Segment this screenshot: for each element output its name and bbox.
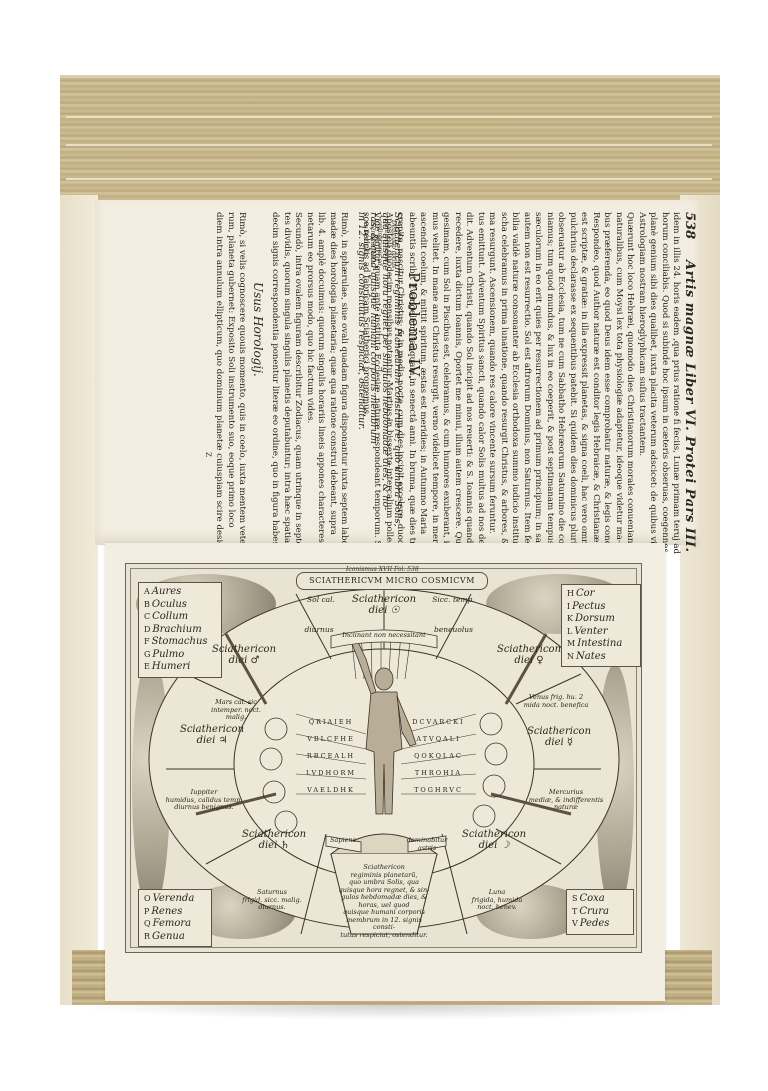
legend-item: CCollum [144,611,216,624]
central-caption: Sciathericonregiminis planetarũ,quo umbr… [338,864,430,939]
letter-row: LVDHORM [296,765,366,782]
venus-symbol-icon: ♀ [536,655,543,666]
text-line: netarum eo prorsus modo, quo hic factum … [304,212,316,542]
usus-heading: Usus Horologij. [252,282,264,542]
text-line: Astrologiam nostram hieroglyphicam suſiu… [636,212,648,542]
text-line: sæculorum in eo erit quies per resurrect… [532,212,544,542]
top-page-edges [60,75,720,208]
note-jupiter: Iuppiterhumidus, calidus temp.diurnus be… [164,789,244,812]
text-page: 538 Artis magnæ Liber VI. Protei Pars II… [95,200,700,545]
legend-item: KDorsum [567,613,635,626]
text-line: planè genium sibi dies qualibet, iuxta p… [647,212,659,542]
legend-bottom-right: SCoxaTCruraVPedes [566,889,634,935]
text-line: ras, & quod quisque humani corporis memb… [368,212,380,542]
text-line: gesimam, cum Sol in Piscibus est, celebr… [440,212,452,542]
dial-sun: Sciathericondiei ☉ [346,594,422,616]
text-line: Secundò, intra ovalem figuram describitu… [292,212,304,542]
text-line: ma resurgunt. Ascensionem, quando res ca… [486,212,498,542]
text-line: recedere, iuxta dictum Ioannis, Oportet … [452,212,464,542]
legend-item: LVenter [567,626,635,639]
note-sol: Sol cal. [296,596,346,605]
legend-item: SCoxa [572,893,628,906]
mercury-symbol-icon: ☿ [567,737,573,748]
text-line: niamus; tum quod mundus, & lux in eo coe… [544,212,556,542]
legend-top-right: HCorIPectusKDorsumLVenterMIntestinaNNate… [561,584,641,667]
text-line: bus præferenda, eo quod Deus idem esse c… [601,212,613,542]
text-line: decim signis correspondentia ponentur li… [269,212,281,542]
moon-symbol-icon: ☽ [500,840,509,851]
note-venus: Venus frig. hu. 2mida noct. benefica [521,694,591,709]
paragraph-1: Rimò, in sphærulae, siue ovali quadam fi… [269,212,350,542]
note-sicc: Sicc. temp. [426,596,481,605]
text-line: madæ dies horologia planetaria; quæ qua … [327,212,339,542]
page-header: 538 Artis magnæ Liber VI. Protei Pars II… [682,212,696,542]
letter-row: VAELDHK [296,782,366,799]
note-luna: Lunafrigida, humidanoct. benev. [461,889,533,912]
legend-bottom-left: OVerendaPRenesQFemoraRGenua [138,889,212,947]
text-line: lib. 4. amplè docuimus: quorum singulis … [315,212,327,542]
problema-subtitle: Sciathericum regiminis Planetarum constr… [356,212,404,542]
text-line: Respondeo, quod Author naturæ est condit… [590,212,602,542]
text-line: pulchrius declarasse ex sequentibus pate… [567,212,579,542]
text-line: diem intra annulum ellipticum, quo domin… [213,212,225,542]
legend-item: DBrachium [144,624,216,637]
dial-mars: Sciathericondiei ♂ [206,644,282,666]
legend-item: HCor [567,588,635,601]
vellum-binding-left [60,195,98,1005]
dial-mercury: Sciathericondiei ☿ [521,726,597,748]
plate-title: SCIATHERICVM MICRO COSMICVM [296,572,488,590]
text-line: est scriptæ, & gratiæ: in illa expressit… [578,212,590,542]
running-head: Artis magnæ Liber VI. Protei Pars III. [682,260,697,552]
legend-item: MIntestina [567,638,635,651]
legend-item: PRenes [144,906,206,919]
dial-saturn: Sciathericondiei ♄ [236,829,312,851]
letter-row: ATVQALI [401,731,476,748]
letter-row: THROHIA [401,765,476,782]
paragraph-2: Rimò, si velis cognoscere quouis momento… [213,212,248,542]
legend-item: TCrura [572,906,628,919]
left-text-column: Problema IV. Sciathericum regiminis Plan… [202,212,426,542]
dial-moon: Sciathericondiei ☽ [456,829,532,851]
text-line: qua quisque hora regnet per singulos heb… [380,212,392,542]
text-line: tutus respiciat, ostenditur. [338,932,430,940]
text-line: tes dividis, quorum singula singulis pla… [281,212,293,542]
text-line: obseruatur ab Ecclesia, tum ne cum Sabba… [555,212,567,542]
banner-dominabitur: dominabitur astris [406,837,448,852]
letter-grid-left: QRIAIEHVBLCFHERBCEALHLVDHORMVAELDHK [296,714,366,799]
note-mercury: Mercuriusmediæ, & indifferentisnaturæ [526,789,606,812]
text-line: Quærunt hoc loco Hebræi, quomodo dies Ch… [624,212,636,542]
letter-row: DCVARCKI [401,714,476,731]
jupiter-symbol-icon: ♃ [218,735,227,746]
signature-mark: Z [202,452,214,542]
legend-item: VPedes [572,918,628,931]
banner-sapiens: Sapiens [324,837,362,845]
legend-item: RGenua [144,931,206,944]
legend-item: BOculus [144,599,216,612]
text-line: Rimò, in sphærulae, siue ovali quadam fi… [338,212,350,542]
text-line: dit. Adventum Christi, quando Sol incipi… [463,212,475,542]
text-line: horum conciliabis. Quod si subinde hoc i… [659,212,671,542]
letter-row: RBCEALH [296,748,366,765]
legend-item: IPectus [567,601,635,614]
text-line: autem non est resurrectio. Sol est aftro… [521,212,533,542]
letter-row: TOGHRVC [401,782,476,799]
text-line: membrum in 12. signis consti- [338,917,430,932]
mars-symbol-icon: ♂ [250,655,259,666]
dial-venus: Sciathericondiei ♀ [491,644,567,666]
problema-heading: Problema IV. [408,272,420,542]
letter-grid-right: DCVARCKIATVQALIQOKQLACTHROHIATOGHRVC [401,714,476,799]
letter-row: QOKQLAC [401,748,476,765]
note-mars: Mars cal. sicintemper. noct.malig. [206,699,266,722]
dial-jupiter: Sciathericondiei ♃ [174,724,250,746]
letter-row: QRIAIEH [296,714,366,731]
engraved-plate: Iconismus XVII Fol. 538 SCIATHERICVM MIC… [125,563,642,953]
text-line: idem in illis 24. horis eadem ,qua prius… [670,212,682,542]
text-line: Sciathericum regiminis Planetarum constr… [392,212,404,542]
sun-symbol-icon: ☉ [390,605,399,616]
text-line: Rimò, si velis cognoscere quouis momento… [236,212,248,542]
book: 538 Artis magnæ Liber VI. Protei Pars II… [60,75,720,1005]
saturn-symbol-icon: ♄ [280,840,289,851]
note-saturn: Saturnusfrigid. sicc. malig.diurnus. [236,889,308,912]
letter-row: VBLCFHE [296,731,366,748]
text-line: bilia valdè naturæ consonanter ab Eccles… [509,212,521,542]
legend-item: AAures [144,586,216,599]
text-line: tus emittunt. Adventum Spiritus sancti, … [475,212,487,542]
text-line: rum, planeta gubernet: Exposito Soli ins… [225,212,237,542]
legend-item: OVerenda [144,893,206,906]
text-line: in 12. signis constitutus respiciat, ost… [356,212,368,542]
legend-item: NNates [567,651,635,664]
page-number: 538 [682,212,697,239]
text-line: naturalibus, cum Moysi lex tota physiolo… [613,212,625,542]
legend-item: QFemora [144,918,206,931]
text-line: scha celebramus in prima lunatione, quan… [498,212,510,542]
banner-top: Inclinant non necessitant [331,632,437,640]
text-line: mus velitet. In mane anni Christus resur… [429,212,441,542]
